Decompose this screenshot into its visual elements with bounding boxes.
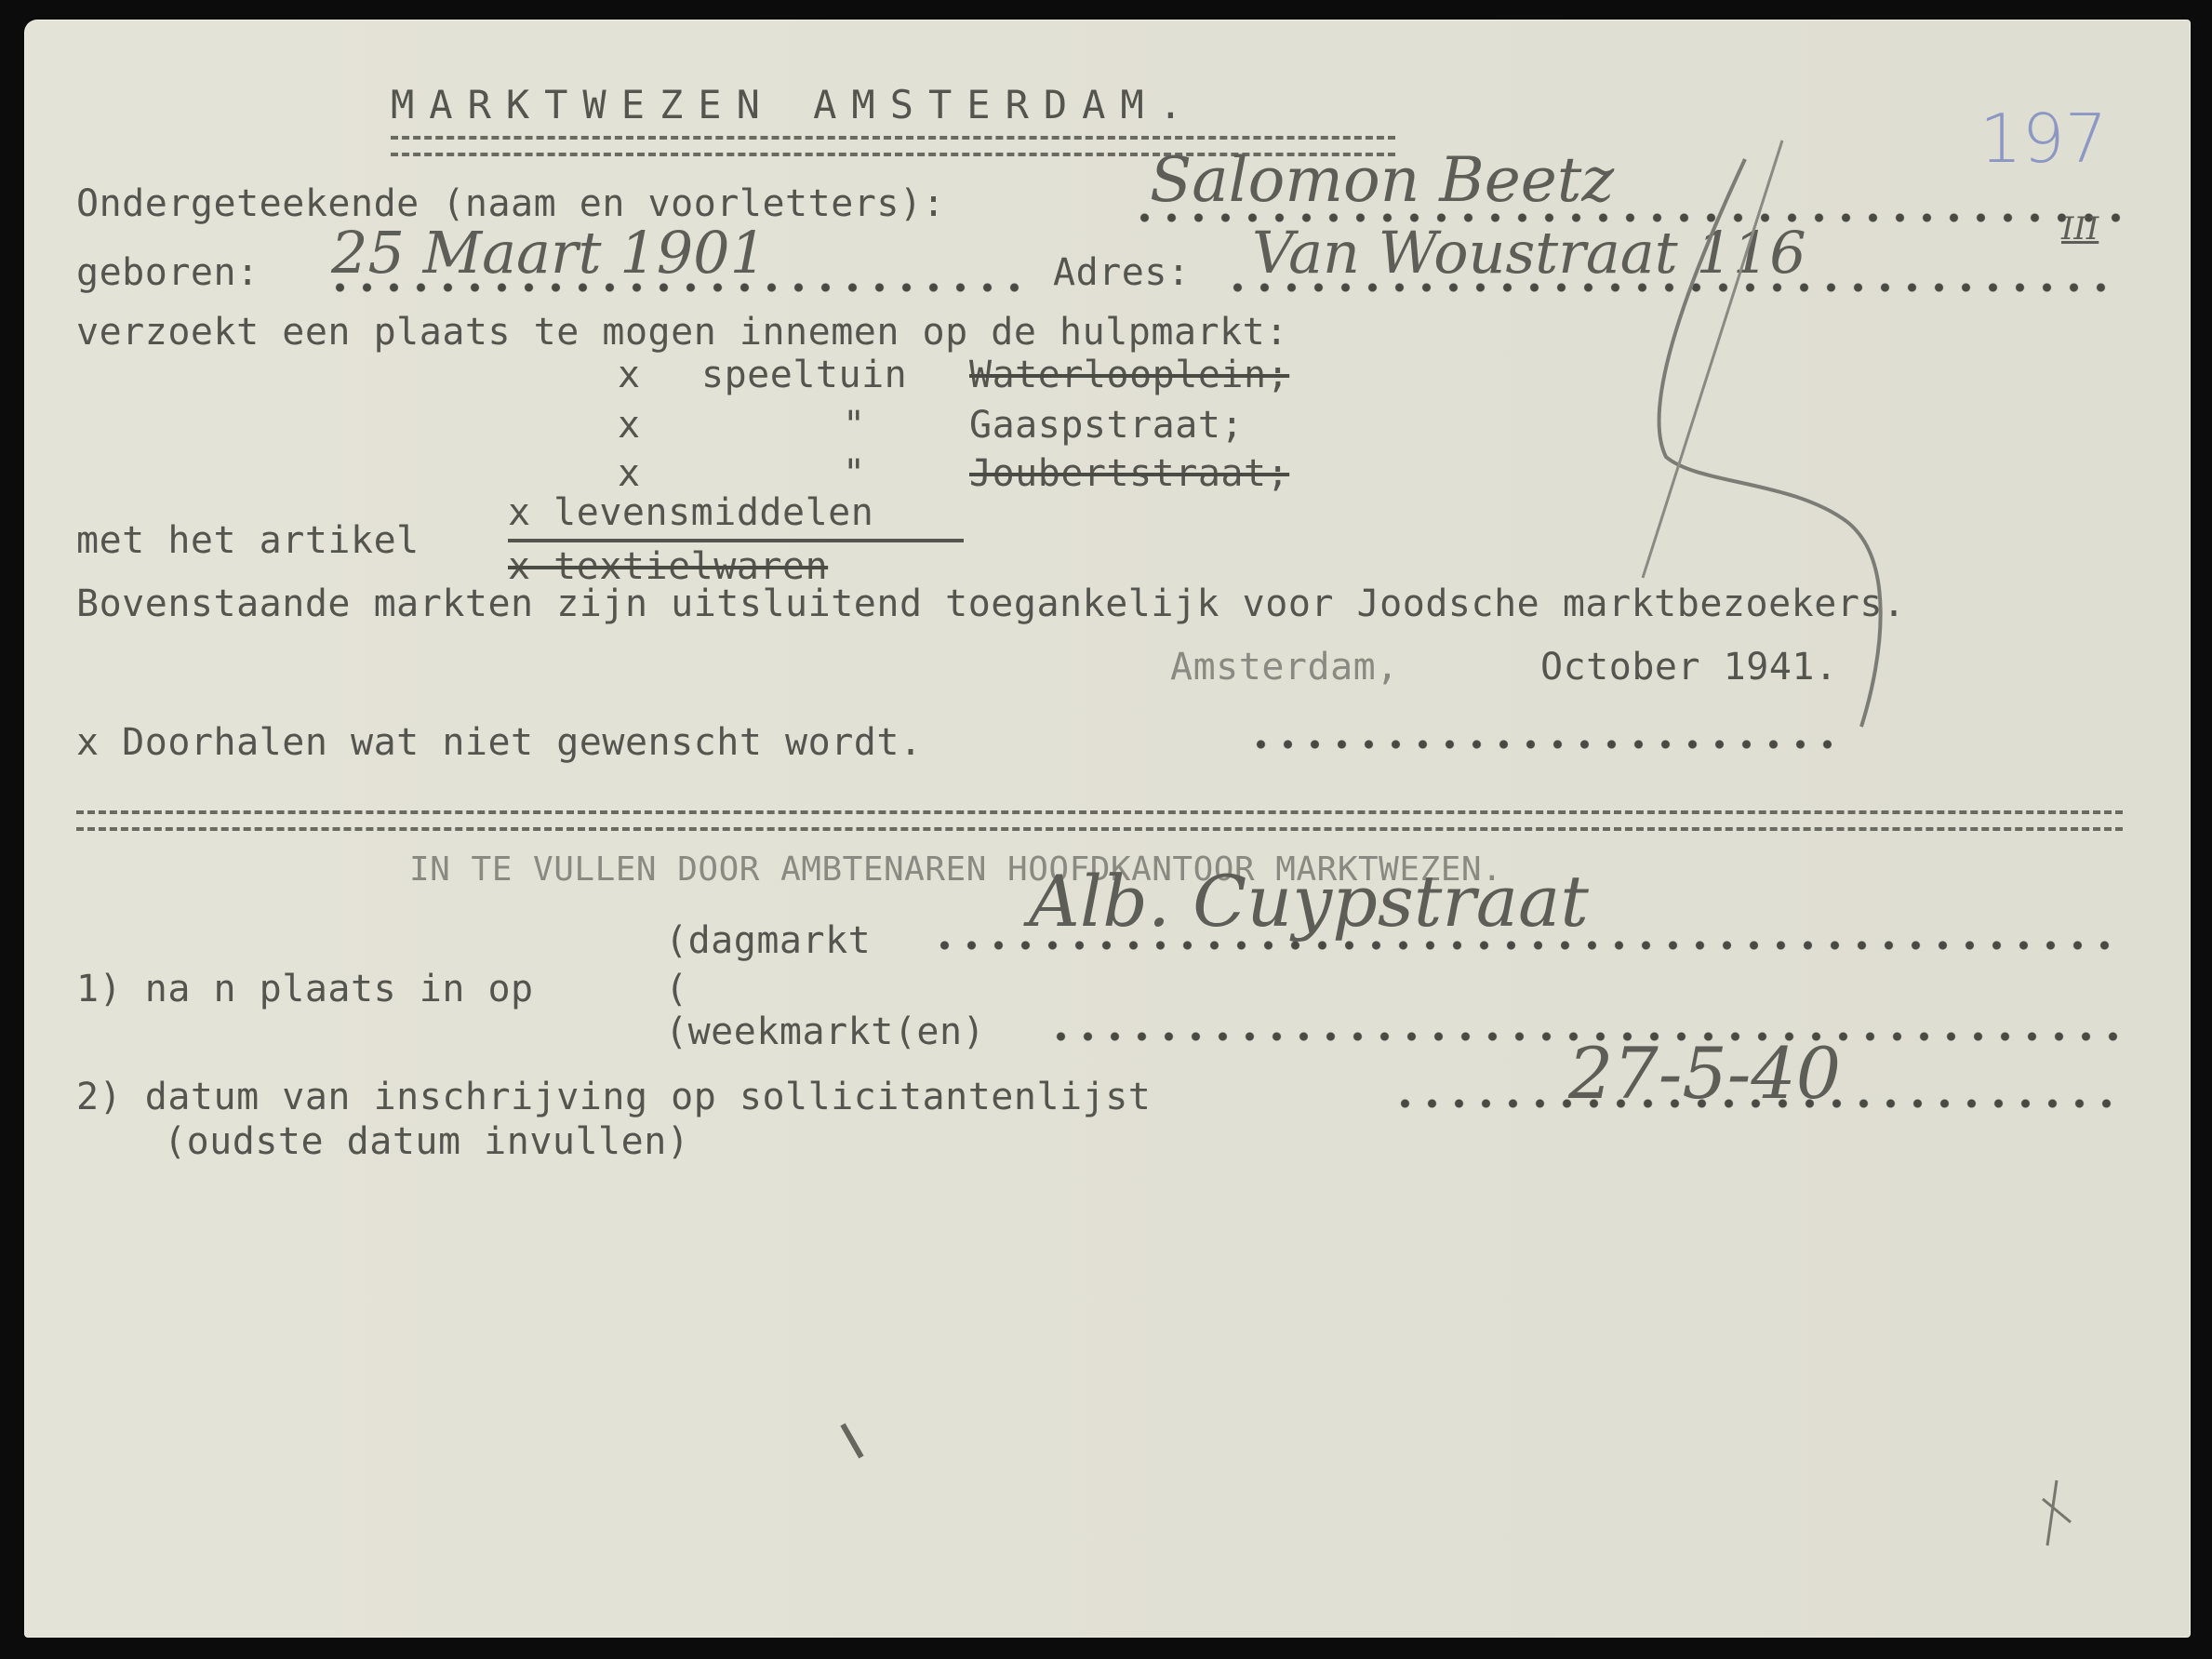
pencil-marks [24,20,2191,1638]
registration-card: MARKTWEZEN AMSTERDAM. 197 Ondergeteekend… [24,20,2191,1638]
